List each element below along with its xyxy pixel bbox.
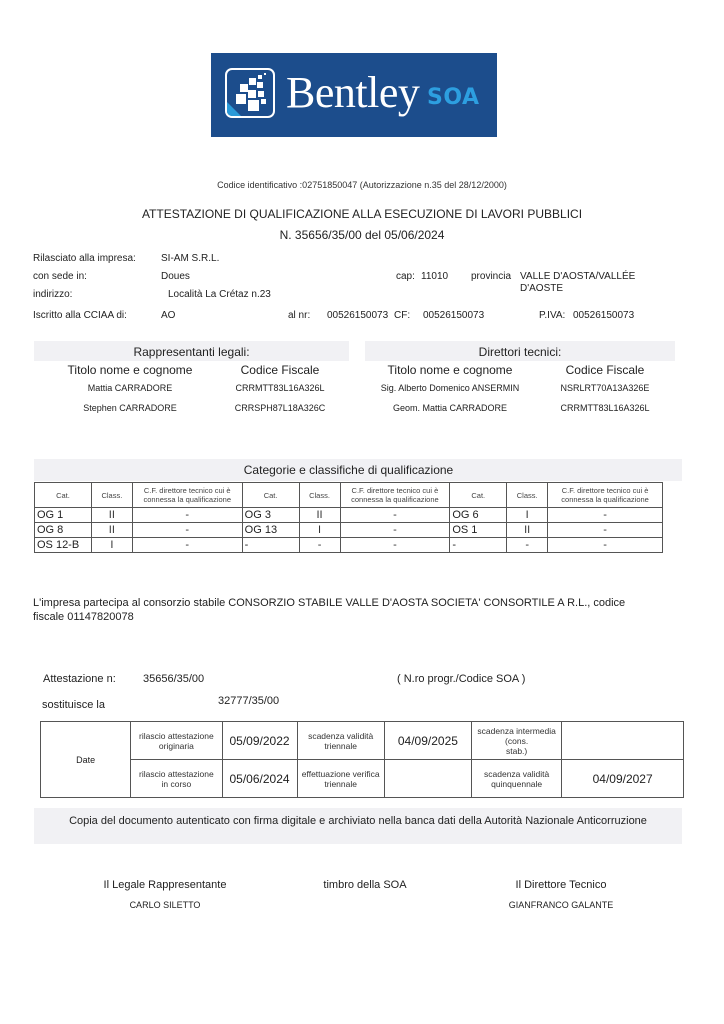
scadenza-intermedia-label: scadenza intermedia(cons.stab.)	[472, 722, 562, 760]
scadenza-triennale-value: 04/09/2025	[384, 722, 471, 760]
scadenza-intermedia-value	[562, 722, 684, 760]
cat-class: II	[91, 523, 132, 538]
legal-reps-col-cf: Codice Fiscale	[200, 363, 360, 377]
cciaa-value: AO	[161, 310, 175, 321]
rilasciato-value: SI-AM S.R.L.	[161, 253, 219, 264]
cat-cf: -	[340, 508, 450, 523]
document-title: ATTESTAZIONE DI QUALIFICAZIONE ALLA ESEC…	[0, 207, 724, 221]
logo-brand-text: Bentley	[286, 67, 419, 118]
legal-rep-0-cf: CRRMTT83L16A326L	[200, 383, 360, 393]
cat-class: II	[91, 508, 132, 523]
sede-label: con sede in:	[33, 271, 87, 282]
cap-value: 11010	[421, 271, 448, 282]
col-cf: C.F. direttore tecnico cui èconnessa la …	[132, 483, 242, 508]
col-class: Class.	[299, 483, 340, 508]
attestazione-note: ( N.ro progr./Codice SOA )	[397, 673, 525, 685]
consorzio-line-2: fiscale 01147820078	[33, 611, 134, 623]
tech-director-0-cf: NSRLRT70A13A326E	[530, 383, 680, 393]
piva-label: P.IVA:	[539, 310, 565, 321]
col-class: Class.	[507, 483, 548, 508]
scadenza-quinquennale-label: scadenza validitàquinquennale	[472, 760, 562, 798]
cat-class: I	[507, 508, 548, 523]
bentley-soa-logo: Bentley SOA	[211, 53, 497, 137]
rilascio-originaria-label: rilascio attestazioneoriginaria	[131, 722, 222, 760]
indirizzo-label: indirizzo:	[33, 289, 72, 300]
timbro-label: timbro della SOA	[270, 879, 460, 891]
tech-director-0-name: Sig. Alberto Domenico ANSERMIN	[365, 383, 535, 393]
nr-label: al nr:	[288, 310, 310, 321]
piva-value: 00526150073	[573, 310, 634, 321]
categories-table: Cat. Class. C.F. direttore tecnico cui è…	[34, 482, 663, 553]
logo-mosaic-icon	[225, 68, 275, 118]
dates-table: Date rilascio attestazioneoriginaria 05/…	[40, 721, 684, 798]
nr-value: 00526150073	[327, 310, 388, 321]
rilascio-corso-value: 05/06/2024	[222, 760, 297, 798]
cat-cf: -	[340, 523, 450, 538]
rilascio-corso-label: rilascio attestazionein corso	[131, 760, 222, 798]
cf-value: 00526150073	[423, 310, 484, 321]
legal-reps-col-name: Titolo nome e cognome	[40, 363, 220, 377]
cat-cf: -	[132, 523, 242, 538]
copia-note: Copia del documento autenticato con firm…	[34, 815, 682, 827]
attestazione-label: Attestazione n:	[43, 673, 116, 685]
col-cat: Cat.	[35, 483, 92, 508]
cat-code: OS 1	[450, 523, 507, 538]
cat-cf: -	[548, 523, 663, 538]
cat-cf: -	[340, 538, 450, 553]
dates-label: Date	[41, 722, 131, 798]
cat-cf: -	[548, 538, 663, 553]
scadenza-triennale-label: scadenza validitàtriennale	[297, 722, 384, 760]
verifica-triennale-value	[384, 760, 471, 798]
verifica-triennale-label: effettuazione verificatriennale	[297, 760, 384, 798]
tech-directors-col-cf: Codice Fiscale	[530, 363, 680, 377]
col-cf: C.F. direttore tecnico cui èconnessa la …	[548, 483, 663, 508]
consorzio-line-1: L'impresa partecipa al consorzio stabile…	[33, 597, 693, 609]
sostituisce-value: 32777/35/00	[218, 695, 279, 707]
tech-directors-title: Direttori tecnici:	[365, 345, 675, 359]
cf-label: CF:	[394, 310, 410, 321]
col-class: Class.	[91, 483, 132, 508]
sede-value: Doues	[161, 271, 190, 282]
tech-director-1-name: Geom. Mattia CARRADORE	[365, 403, 535, 413]
tech-directors-col-name: Titolo nome e cognome	[365, 363, 535, 377]
legal-rep-1-cf: CRRSPH87L18A326C	[200, 403, 360, 413]
sostituisce-label: sostituisce la	[42, 699, 105, 711]
cat-code: OG 1	[35, 508, 92, 523]
table-row: OG 8 II - OG 13 I - OS 1 II -	[35, 523, 663, 538]
cat-code: OS 12-B	[35, 538, 92, 553]
cat-code: OG 13	[242, 523, 299, 538]
rilasciato-label: Rilasciato alla impresa:	[33, 253, 136, 264]
cat-class: -	[299, 538, 340, 553]
cat-code: -	[450, 538, 507, 553]
cat-class: I	[299, 523, 340, 538]
cat-code: -	[242, 538, 299, 553]
cat-class: I	[91, 538, 132, 553]
cciaa-label: Iscritto alla CCIAA di:	[33, 310, 127, 321]
document-number: N. 35656/35/00 del 05/06/2024	[0, 228, 724, 242]
provincia-value-2: D'AOSTE	[520, 283, 563, 294]
cat-code: OG 8	[35, 523, 92, 538]
legale-label: Il Legale Rappresentante	[70, 879, 260, 891]
indirizzo-value: Località La Crétaz n.23	[168, 289, 271, 300]
dates-row-1: Date rilascio attestazioneoriginaria 05/…	[41, 722, 684, 760]
cat-cf: -	[548, 508, 663, 523]
logo-suffix-text: SOA	[427, 85, 479, 110]
col-cat: Cat.	[450, 483, 507, 508]
table-row: OS 12-B I - - - - - - -	[35, 538, 663, 553]
provincia-value-1: VALLE D'AOSTA/VALLÉE	[520, 271, 635, 282]
cat-class: II	[299, 508, 340, 523]
cap-label: cap:	[396, 271, 415, 282]
codice-identificativo: Codice identificativo :02751850047 (Auto…	[0, 180, 724, 190]
col-cat: Cat.	[242, 483, 299, 508]
legal-rep-1-name: Stephen CARRADORE	[40, 403, 220, 413]
direttore-name: GIANFRANCO GALANTE	[466, 900, 656, 910]
scadenza-quinquennale-value: 04/09/2027	[562, 760, 684, 798]
dates-row-2: rilascio attestazionein corso 05/06/2024…	[41, 760, 684, 798]
cat-class: II	[507, 523, 548, 538]
legal-reps-title: Rappresentanti legali:	[34, 345, 349, 359]
col-cf: C.F. direttore tecnico cui èconnessa la …	[340, 483, 450, 508]
cat-code: OG 3	[242, 508, 299, 523]
rilascio-originaria-value: 05/09/2022	[222, 722, 297, 760]
tech-director-1-cf: CRRMTT83L16A326L	[530, 403, 680, 413]
provincia-label: provincia	[471, 271, 511, 282]
cat-cf: -	[132, 538, 242, 553]
table-row: OG 1 II - OG 3 II - OG 6 I -	[35, 508, 663, 523]
categories-header-row: Cat. Class. C.F. direttore tecnico cui è…	[35, 483, 663, 508]
cat-cf: -	[132, 508, 242, 523]
cat-code: OG 6	[450, 508, 507, 523]
categories-title: Categorie e classifiche di qualificazion…	[34, 463, 663, 477]
direttore-label: Il Direttore Tecnico	[466, 879, 656, 891]
cat-class: -	[507, 538, 548, 553]
attestazione-value: 35656/35/00	[143, 673, 204, 685]
legal-rep-0-name: Mattia CARRADORE	[40, 383, 220, 393]
legale-name: CARLO SILETTO	[70, 900, 260, 910]
